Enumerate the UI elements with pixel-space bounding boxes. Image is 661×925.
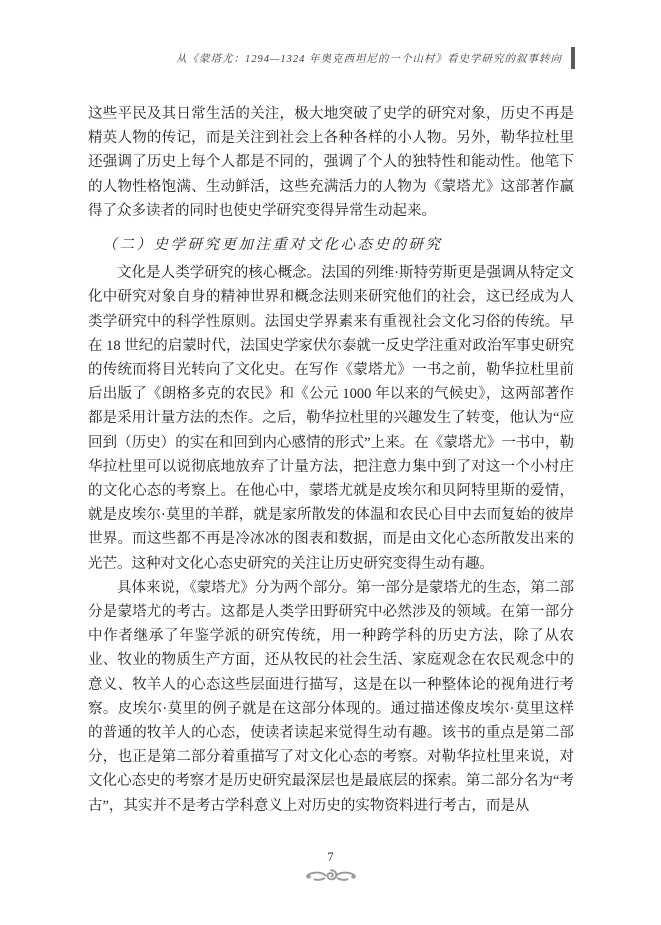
- footer-ornament: [0, 867, 661, 883]
- page-body: 这些平民及其日常生活的关注，极大地突破了史学的研究对象，历史不再是精英人物的传记…: [88, 102, 574, 818]
- page-footer: 7: [0, 848, 661, 883]
- cloud-flourish-icon: [302, 867, 360, 883]
- header-rule-bar: [571, 47, 575, 69]
- document-page: 从《蒙塔尤：1294—1324 年奥克西坦尼的一个山村》看史学研究的叙事转向 这…: [0, 0, 661, 925]
- section-heading: （二）史学研究更加注重对文化心态史的研究: [88, 233, 574, 257]
- body-paragraph: 文化是人类学研究的核心概念。法国的列维·斯特劳斯更是强调从特定文化中研究对象自身…: [88, 261, 574, 576]
- running-title: 从《蒙塔尤：1294—1324 年奥克西坦尼的一个山村》看史学研究的叙事转向: [176, 51, 562, 66]
- body-paragraph: 这些平民及其日常生活的关注，极大地突破了史学的研究对象，历史不再是精英人物的传记…: [88, 102, 574, 223]
- running-header: 从《蒙塔尤：1294—1324 年奥克西坦尼的一个山村》看史学研究的叙事转向: [88, 46, 575, 70]
- body-paragraph: 具体来说，《蒙塔尤》分为两个部分。第一部分是蒙塔尤的生态，第二部分是蒙塔尤的考古…: [88, 576, 574, 818]
- page-number: 7: [0, 848, 661, 866]
